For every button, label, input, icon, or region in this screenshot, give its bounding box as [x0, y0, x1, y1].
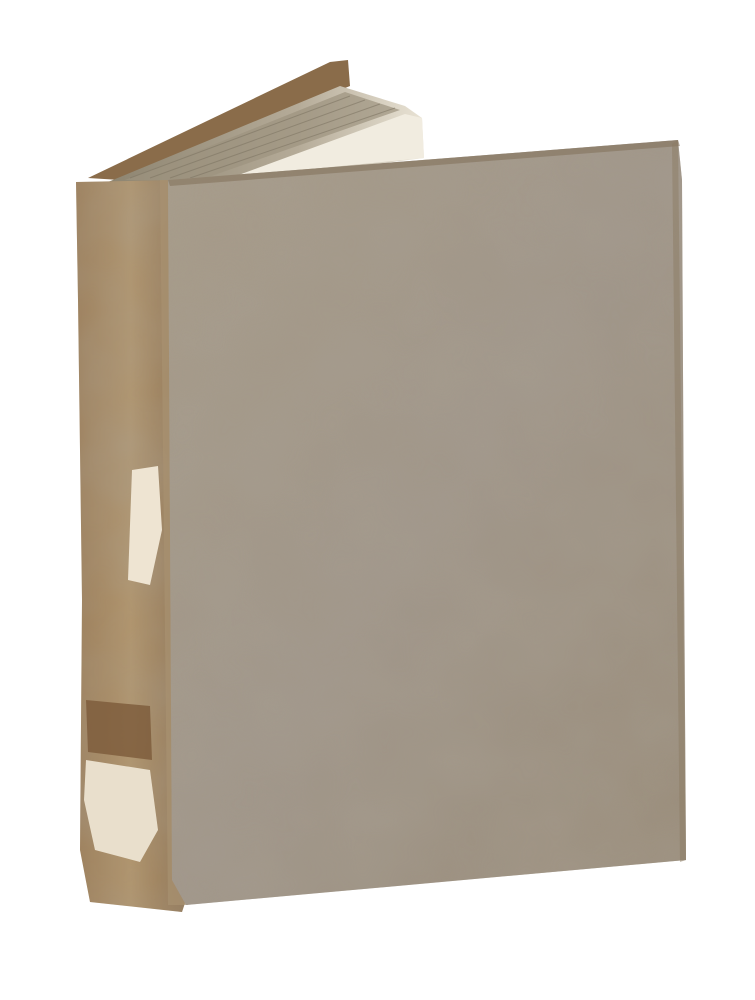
photo-stage — [0, 0, 755, 1000]
book-illustration — [0, 0, 755, 1000]
